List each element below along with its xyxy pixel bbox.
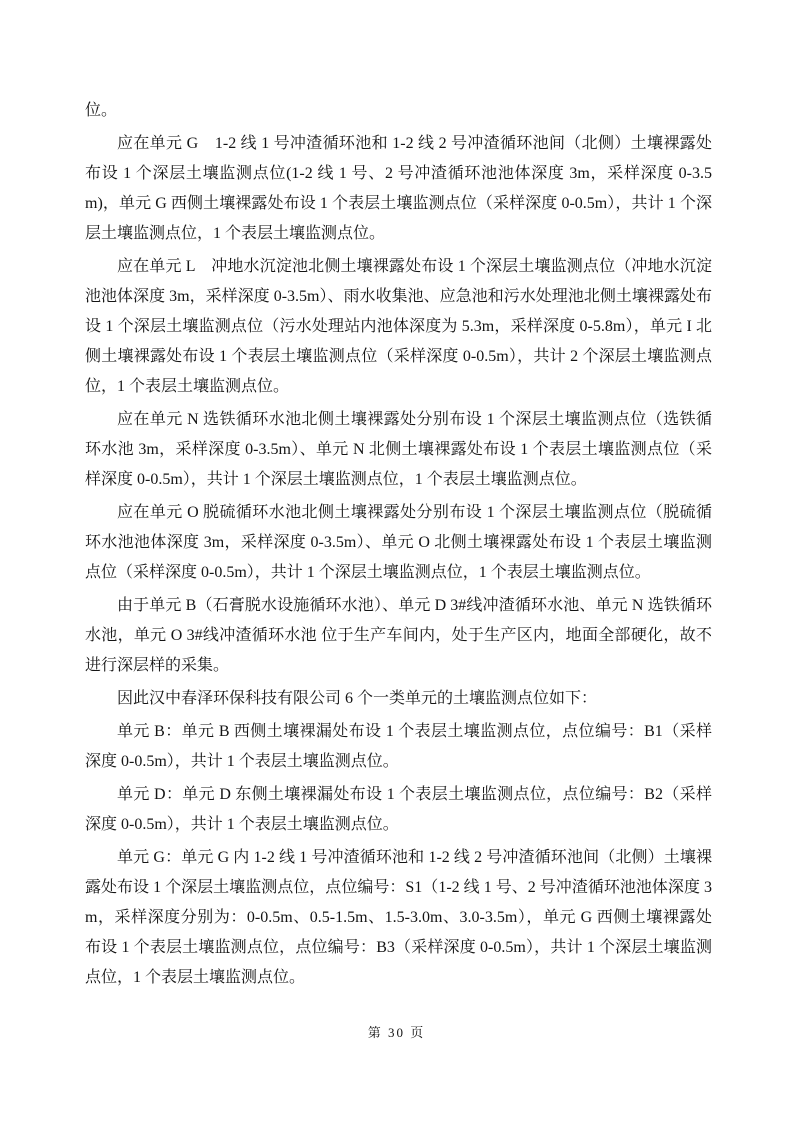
para-unit-o-siting: 应在单元 O 脱硫循环水池北侧土壤裸露处分别布设 1 个深层土壤监测点位（脱硫循…	[85, 498, 712, 588]
para-unit-g-point: 单元 G：单元 G 内 1-2 线 1 号冲渣循环池和 1-2 线 2 号冲渣循…	[85, 843, 712, 993]
para-unit-n-siting: 应在单元 N 选铁循环水池北侧土壤裸露处分别布设 1 个深层土壤监测点位（选铁循…	[85, 405, 712, 495]
page-footer: 第 30 页	[0, 1022, 793, 1041]
para-continuation: 位。	[85, 96, 712, 126]
document-page: 位。 应在单元 G 1-2 线 1 号冲渣循环池和 1-2 线 2 号冲渣循环池…	[0, 0, 793, 1122]
page-number: 第 30 页	[368, 1025, 426, 1040]
document-body: 位。 应在单元 G 1-2 线 1 号冲渣循环池和 1-2 线 2 号冲渣循环池…	[85, 96, 712, 996]
para-summary-intro: 因此汉中春泽环保科技有限公司 6 个一类单元的土壤监测点位如下：	[85, 684, 712, 714]
para-unit-g-siting: 应在单元 G 1-2 线 1 号冲渣循环池和 1-2 线 2 号冲渣循环池间（北…	[85, 129, 712, 249]
para-unit-b-point: 单元 B：单元 B 西侧土壤裸漏处布设 1 个表层土壤监测点位，点位编号：B1（…	[85, 717, 712, 777]
para-hardened-ground: 由于单元 B（石膏脱水设施循环水池）、单元 D 3#线冲渣循环水池、单元 N 选…	[85, 591, 712, 681]
para-unit-d-point: 单元 D：单元 D 东侧土壤裸漏处布设 1 个表层土壤监测点位，点位编号：B2（…	[85, 780, 712, 840]
para-unit-l-siting: 应在单元 L 冲地水沉淀池北侧土壤裸露处布设 1 个深层土壤监测点位（冲地水沉淀…	[85, 252, 712, 402]
